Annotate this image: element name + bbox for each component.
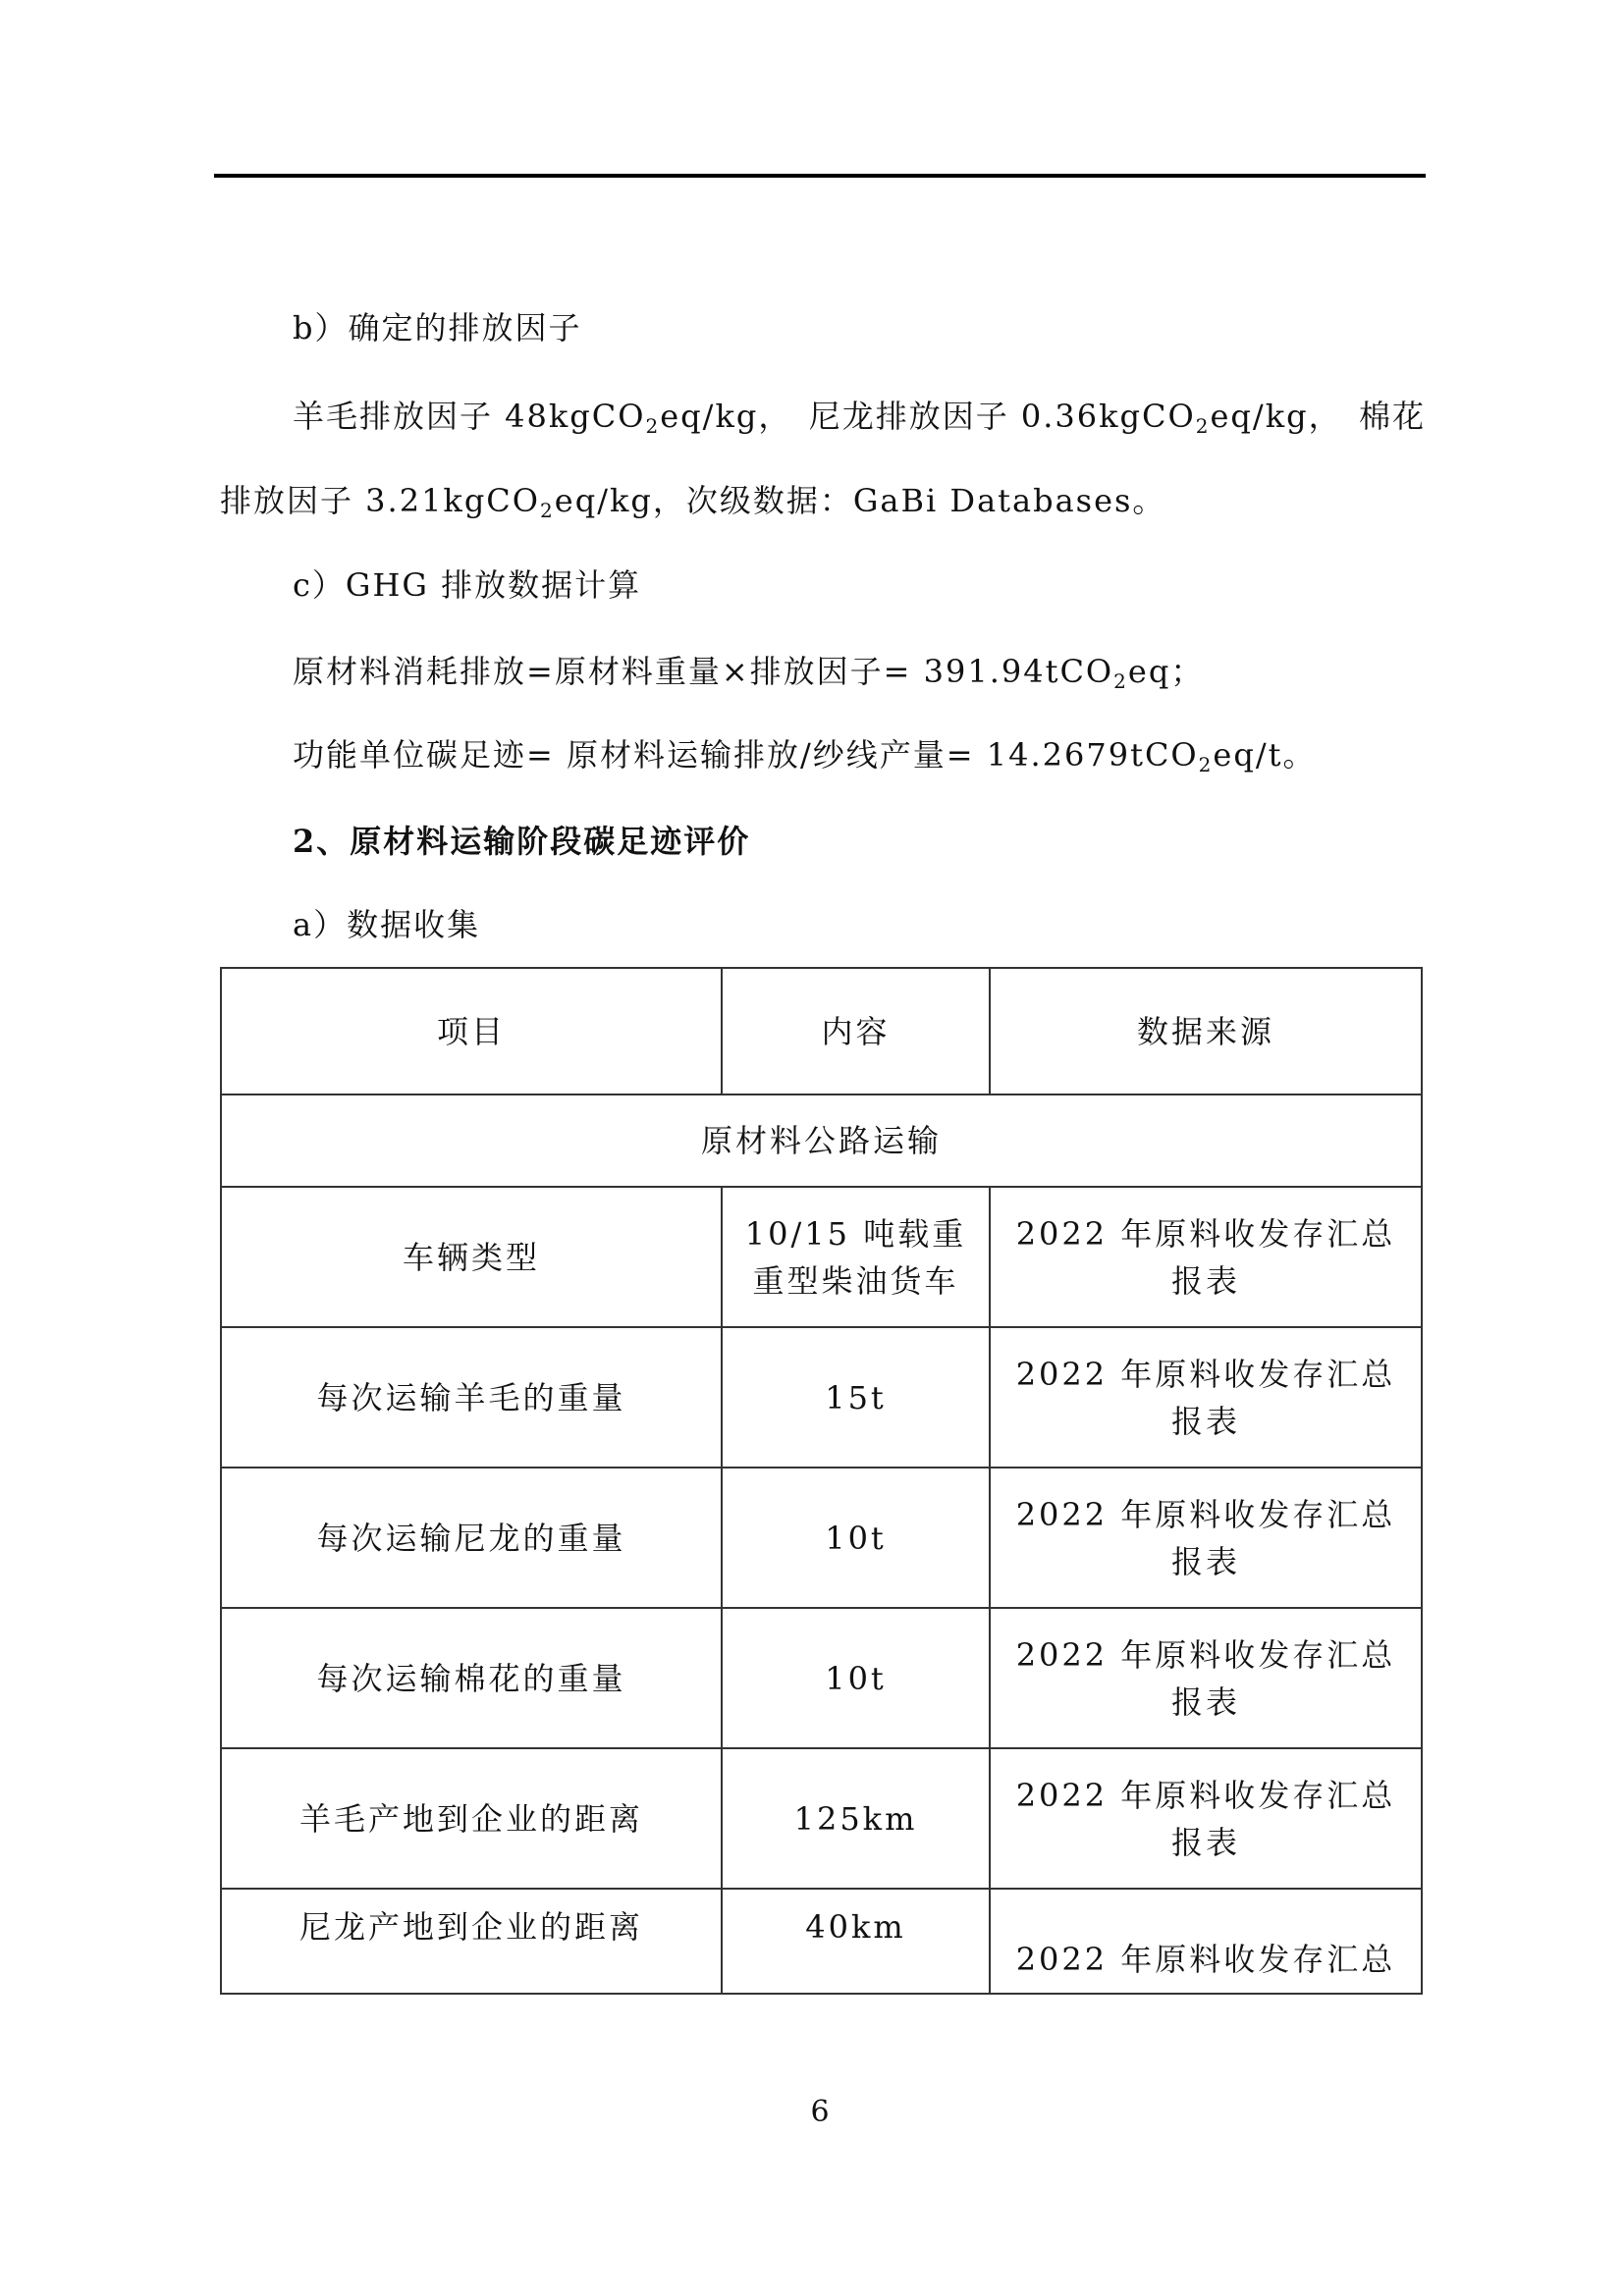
- header-source: 数据来源: [990, 968, 1422, 1095]
- section-2-heading: 2、原材料运输阶段碳足迹评价: [293, 820, 1498, 863]
- formula-functional-unit-footprint: 功能单位碳足迹= 原材料运输排放/纱线产量= 14.2679tCO2eq/t。: [293, 733, 1498, 776]
- cell-item: 尼龙产地到企业的距离: [221, 1889, 722, 1994]
- cell-source: 2022 年原料收发存汇总报表: [990, 1608, 1422, 1748]
- cell-item: 羊毛产地到企业的距离: [221, 1748, 722, 1889]
- table-row: 每次运输尼龙的重量 10t 2022 年原料收发存汇总报表: [221, 1468, 1422, 1608]
- data-collection-heading: a）数据收集: [293, 903, 1498, 946]
- cotton-label: 棉花: [1359, 395, 1426, 438]
- cell-source: 2022 年原料收发存汇总报表: [990, 1748, 1422, 1889]
- table-row: 尼龙产地到企业的距离 40km 2022 年原料收发存汇总: [221, 1889, 1422, 1994]
- section-road-transport: 原材料公路运输: [221, 1095, 1422, 1187]
- section-b-heading-text: b）确定的排放因子: [293, 309, 582, 347]
- header-content: 内容: [722, 968, 990, 1095]
- formula-consumption-emission: 原材料消耗排放=原材料重量×排放因子= 391.94tCO2eq；: [293, 650, 1498, 693]
- cell-content: 10t: [722, 1608, 990, 1748]
- header-item: 项目: [221, 968, 722, 1095]
- emission-factor-line-2: 排放因子 3.21kgCO2eq/kg，次级数据：GaBi Databases。: [220, 479, 1426, 522]
- cell-item: 每次运输棉花的重量: [221, 1608, 722, 1748]
- cell-source: 2022 年原料收发存汇总报表: [990, 1187, 1422, 1327]
- cell-content: 10/15 吨载重重型柴油货车: [722, 1187, 990, 1327]
- table-section-row: 原材料公路运输: [221, 1095, 1422, 1187]
- cell-source: 2022 年原料收发存汇总报表: [990, 1327, 1422, 1468]
- cell-content: 40km: [722, 1889, 990, 1994]
- table-row: 每次运输羊毛的重量 15t 2022 年原料收发存汇总报表: [221, 1327, 1422, 1468]
- table-row: 羊毛产地到企业的距离 125km 2022 年原料收发存汇总报表: [221, 1748, 1422, 1889]
- cell-item: 车辆类型: [221, 1187, 722, 1327]
- cell-content: 15t: [722, 1327, 990, 1468]
- wool-factor: 羊毛排放因子 48kgCO2eq/kg，: [293, 395, 791, 438]
- section-b-heading: b）确定的排放因子: [293, 306, 1498, 349]
- cell-source: 2022 年原料收发存汇总: [990, 1889, 1422, 1994]
- page-number: 6: [0, 2095, 1624, 2129]
- table-header-row: 项目 内容 数据来源: [221, 968, 1422, 1095]
- table-row: 车辆类型 10/15 吨载重重型柴油货车 2022 年原料收发存汇总报表: [221, 1187, 1422, 1327]
- cell-source: 2022 年原料收发存汇总报表: [990, 1468, 1422, 1608]
- cell-content: 125km: [722, 1748, 990, 1889]
- section-c-heading: c）GHG 排放数据计算: [293, 563, 1498, 607]
- nylon-factor: 尼龙排放因子 0.36kgCO2eq/kg，: [809, 395, 1342, 438]
- transport-data-table: 项目 内容 数据来源 原材料公路运输 车辆类型 10/15 吨载重重型柴油货车 …: [220, 967, 1423, 1995]
- cell-item: 每次运输尼龙的重量: [221, 1468, 722, 1608]
- page-header-rule: [214, 174, 1426, 178]
- cell-item: 每次运输羊毛的重量: [221, 1327, 722, 1468]
- emission-factor-line-1: 羊毛排放因子 48kgCO2eq/kg， 尼龙排放因子 0.36kgCO2eq/…: [293, 395, 1426, 438]
- table-row: 每次运输棉花的重量 10t 2022 年原料收发存汇总报表: [221, 1608, 1422, 1748]
- cell-content: 10t: [722, 1468, 990, 1608]
